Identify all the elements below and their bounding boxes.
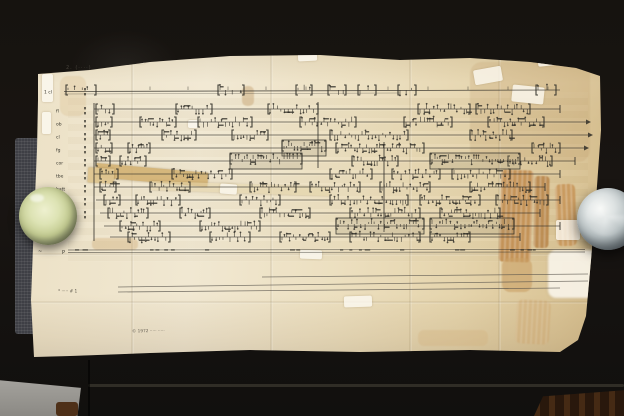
- note-head: [485, 139, 487, 141]
- band-dash: [455, 249, 459, 250]
- note-head: [320, 123, 322, 125]
- note-head: [555, 151, 557, 153]
- note-beam: [380, 144, 386, 146]
- note-beam: [424, 183, 429, 185]
- note-head: [472, 175, 474, 177]
- note-head: [297, 149, 299, 151]
- note-beam: [365, 131, 369, 133]
- band-dash: [521, 249, 524, 250]
- note-head: [435, 204, 437, 206]
- note-head: [514, 124, 516, 126]
- music-notation: P~1 clflobclfgcortbebattpfvl: [0, 0, 624, 416]
- note-head: [106, 131, 108, 133]
- note-beam: [101, 157, 107, 159]
- note-head: [129, 241, 131, 243]
- note-head: [461, 233, 463, 235]
- note-head: [456, 233, 458, 235]
- note-beam: [330, 86, 336, 88]
- note-head: [225, 94, 227, 96]
- band-dash: [150, 249, 154, 250]
- note-head: [275, 207, 277, 209]
- note-head: [366, 203, 368, 205]
- note-head: [359, 143, 361, 145]
- note-head: [503, 182, 505, 184]
- note-head: [288, 189, 290, 191]
- note-head: [74, 85, 76, 87]
- note-beam: [135, 216, 138, 218]
- note-beam: [269, 209, 276, 211]
- note-head: [546, 84, 548, 86]
- note-beam: [388, 240, 393, 242]
- note-head: [273, 209, 275, 211]
- note-head: [552, 144, 554, 146]
- note-head: [86, 86, 88, 88]
- note-head: [393, 192, 395, 194]
- note-beam: [440, 155, 447, 157]
- note-head: [399, 138, 401, 140]
- note-head: [479, 226, 481, 228]
- note-head: [368, 152, 370, 154]
- note-beam: [222, 118, 228, 120]
- note-head: [343, 221, 345, 223]
- note-head: [461, 156, 463, 158]
- note-head: [237, 228, 239, 230]
- note-head: [473, 221, 475, 223]
- note-beam: [502, 227, 505, 229]
- note-head: [437, 104, 439, 106]
- note-head: [141, 242, 143, 244]
- note-head: [452, 161, 454, 163]
- note-beam: [296, 209, 303, 211]
- note-head: [543, 142, 545, 144]
- note-beam: [538, 144, 544, 146]
- note-head: [300, 113, 302, 115]
- note-head: [240, 137, 242, 139]
- note-beam: [455, 209, 461, 211]
- note-head: [337, 194, 339, 196]
- note-head: [217, 126, 219, 128]
- note-head: [434, 154, 436, 156]
- note-head: [350, 145, 352, 147]
- note-head: [141, 118, 143, 120]
- note-head: [250, 163, 252, 165]
- clef-mark: [84, 190, 86, 192]
- note-head: [433, 116, 435, 118]
- note-head: [116, 217, 118, 219]
- note-head: [423, 113, 425, 115]
- note-head: [377, 215, 379, 217]
- note-beam: [151, 203, 157, 205]
- note-head: [392, 143, 394, 145]
- note-head: [422, 176, 424, 178]
- note-beam: [113, 183, 119, 185]
- note-head: [533, 124, 535, 126]
- note-beam: [540, 125, 544, 127]
- note-head: [176, 131, 178, 133]
- instrument-label: ob: [56, 122, 62, 128]
- note-head: [504, 194, 506, 196]
- note-head: [396, 139, 398, 141]
- note-head: [486, 156, 488, 158]
- note-beam: [131, 222, 136, 224]
- instrument-label: cor: [56, 161, 63, 167]
- note-head: [431, 239, 433, 241]
- note-head: [371, 164, 373, 166]
- note-head: [423, 195, 425, 197]
- footnote-annotation: * ····· # 1: [58, 289, 77, 294]
- note-head: [456, 207, 458, 209]
- note-head: [344, 136, 346, 138]
- note-beam: [391, 220, 394, 222]
- note-head: [202, 113, 204, 115]
- note-beam: [288, 112, 294, 114]
- note-head: [207, 177, 209, 179]
- note-head: [214, 117, 216, 119]
- note-head: [101, 105, 103, 107]
- note-head: [231, 227, 233, 229]
- note-head: [104, 124, 106, 126]
- band-dash: [359, 249, 362, 250]
- band-dash: [83, 249, 88, 250]
- note-head: [408, 215, 410, 217]
- note-head: [453, 104, 455, 106]
- note-head: [490, 112, 492, 114]
- note-head: [391, 155, 393, 157]
- note-head: [458, 155, 460, 157]
- note-head: [125, 227, 127, 229]
- note-head: [492, 227, 494, 229]
- note-head: [419, 182, 421, 184]
- note-head: [113, 181, 115, 183]
- note-beam: [336, 177, 340, 179]
- note-head: [473, 154, 475, 156]
- note-head: [357, 156, 359, 158]
- note-head: [371, 138, 373, 140]
- note-head: [349, 169, 351, 171]
- ruled-line: [262, 274, 588, 277]
- note-head: [399, 190, 401, 192]
- note-head: [177, 111, 179, 113]
- note-head: [211, 239, 213, 241]
- note-head: [413, 188, 415, 190]
- note-beam: [478, 105, 482, 107]
- note-head: [294, 149, 296, 151]
- note-head: [327, 238, 329, 240]
- note-head: [492, 131, 494, 133]
- note-head: [433, 106, 435, 108]
- note-head: [435, 227, 437, 229]
- note-head: [498, 183, 500, 185]
- note-head: [257, 189, 259, 191]
- note-head: [108, 112, 110, 114]
- note-head: [105, 181, 107, 183]
- band-dash: [75, 249, 79, 250]
- note-head: [534, 201, 536, 203]
- note-head: [353, 203, 355, 205]
- note-beam: [306, 216, 309, 218]
- note-head: [222, 230, 224, 232]
- note-head: [145, 119, 147, 121]
- note-head: [436, 170, 438, 172]
- note-head: [415, 218, 417, 220]
- note-head: [421, 197, 423, 199]
- note-head: [545, 152, 547, 154]
- note-head: [169, 181, 171, 183]
- note-head: [203, 209, 205, 211]
- note-head: [511, 113, 513, 115]
- note-head: [156, 126, 158, 128]
- note-head: [379, 155, 381, 157]
- note-head: [403, 131, 405, 133]
- note-head: [522, 195, 524, 197]
- note-head: [507, 124, 509, 126]
- note-head: [347, 196, 349, 198]
- note-head: [359, 208, 361, 210]
- note-head: [146, 144, 148, 146]
- note-head: [191, 209, 193, 211]
- note-head: [342, 170, 344, 172]
- note-head: [415, 169, 417, 171]
- note-head: [150, 204, 152, 206]
- stave-line: [68, 252, 585, 253]
- note-head: [201, 171, 203, 173]
- note-head: [156, 222, 158, 224]
- note-head: [455, 203, 457, 205]
- note-head: [509, 181, 511, 183]
- note-beam: [385, 227, 390, 229]
- note-head: [403, 227, 405, 229]
- note-head: [296, 153, 298, 155]
- note-head: [504, 125, 506, 127]
- note-head: [153, 221, 155, 223]
- note-head: [329, 191, 331, 193]
- note-head: [121, 163, 123, 165]
- note-head: [149, 230, 151, 232]
- note-head: [148, 232, 150, 234]
- note-head: [303, 112, 305, 114]
- clef-mark: [84, 138, 86, 140]
- note-beam: [467, 112, 472, 114]
- band-dash: [340, 249, 343, 250]
- note-head: [489, 161, 491, 163]
- note-head: [344, 203, 346, 205]
- note-head: [409, 169, 411, 171]
- note-head: [130, 207, 132, 209]
- instrument-label: 1 cl: [44, 90, 52, 96]
- note-beam: [247, 222, 251, 224]
- note-beam: [449, 216, 453, 218]
- note-beam: [406, 125, 410, 127]
- glass-highlight: [30, 194, 44, 202]
- note-beam: [413, 177, 418, 179]
- note-head: [262, 181, 264, 183]
- note-head: [173, 183, 175, 185]
- note-head: [292, 153, 294, 155]
- note-head: [523, 111, 525, 113]
- note-beam: [483, 131, 486, 133]
- note-head: [356, 151, 358, 153]
- note-head: [449, 202, 451, 204]
- note-beam: [354, 227, 357, 229]
- note-head: [398, 142, 400, 144]
- note-head: [441, 194, 443, 196]
- note-head: [362, 168, 364, 170]
- note-head: [353, 228, 355, 230]
- note-head: [367, 207, 369, 209]
- note-head: [137, 202, 139, 204]
- note-head: [508, 228, 510, 230]
- note-head: [489, 169, 491, 171]
- note-head: [181, 182, 183, 184]
- note-beam: [198, 216, 205, 218]
- note-head: [547, 165, 549, 167]
- note-head: [301, 117, 303, 119]
- note-head: [272, 103, 274, 105]
- note-head: [284, 184, 286, 186]
- note-head: [463, 113, 465, 115]
- clef-mark: [84, 125, 86, 127]
- note-head: [221, 178, 223, 180]
- note-head: [345, 150, 347, 152]
- note-head: [389, 132, 391, 134]
- note-head: [366, 175, 368, 177]
- note-head: [373, 232, 375, 234]
- note-head: [492, 181, 494, 183]
- clef-mark: [84, 151, 86, 153]
- note-head: [363, 164, 365, 166]
- note-head: [198, 113, 200, 115]
- note-head: [337, 225, 339, 227]
- note-head: [441, 123, 443, 125]
- note-head: [260, 205, 262, 207]
- note-head: [286, 153, 288, 155]
- note-head: [281, 190, 283, 192]
- note-beam: [287, 233, 291, 235]
- band-dash: [164, 249, 168, 250]
- note-head: [439, 203, 441, 205]
- note-head: [336, 139, 338, 141]
- note-head: [175, 176, 177, 178]
- note-head: [256, 197, 258, 199]
- note-head: [237, 138, 239, 140]
- note-head: [254, 191, 256, 193]
- note-head: [526, 113, 528, 115]
- note-beam: [120, 216, 123, 218]
- title-annotation: 2. (····): [66, 65, 92, 71]
- clef-mark: [84, 112, 86, 114]
- note-head: [390, 150, 392, 152]
- note-head: [465, 209, 467, 211]
- note-head: [275, 204, 277, 206]
- note-head: [486, 227, 488, 229]
- note-head: [387, 149, 389, 151]
- note-head: [161, 232, 163, 234]
- note-beam: [339, 170, 345, 172]
- note-head: [244, 240, 246, 242]
- note-beam: [117, 216, 120, 218]
- note-head: [409, 183, 411, 185]
- note-head: [443, 110, 445, 112]
- note-head: [219, 84, 221, 86]
- note-head: [464, 227, 466, 229]
- band-dash: [527, 249, 532, 250]
- ruled-line: [118, 281, 588, 287]
- note-beam: [518, 118, 525, 120]
- note-head: [215, 239, 217, 241]
- note-head: [321, 190, 323, 192]
- note-head: [162, 119, 164, 121]
- note-beam: [110, 203, 116, 205]
- note-head: [516, 104, 518, 106]
- cluster-bracket: [414, 85, 416, 95]
- band-dash: [460, 249, 465, 250]
- note-head: [412, 178, 414, 180]
- note-head: [531, 163, 533, 165]
- note-head: [359, 231, 361, 233]
- note-head: [201, 229, 203, 231]
- note-head: [341, 126, 343, 128]
- note-head: [378, 139, 380, 141]
- cluster-bracket: [94, 85, 96, 95]
- note-head: [263, 156, 265, 158]
- note-head: [205, 229, 207, 231]
- note-head: [180, 105, 182, 107]
- clef-mark: [84, 185, 86, 187]
- note-head: [405, 126, 407, 128]
- note-head: [537, 85, 539, 87]
- note-head: [349, 204, 351, 206]
- note-head: [504, 175, 506, 177]
- note-beam: [303, 240, 306, 242]
- note-head: [314, 140, 316, 142]
- band-dash: [155, 249, 159, 250]
- note-head: [246, 125, 248, 127]
- note-head: [364, 228, 366, 230]
- note-beam: [376, 209, 381, 211]
- note-head: [311, 141, 313, 143]
- clef-mark: [84, 198, 86, 200]
- note-head: [468, 155, 470, 157]
- instrument-label: fg: [56, 148, 61, 154]
- note-head: [453, 241, 455, 243]
- note-beam: [102, 190, 106, 192]
- note-head: [185, 215, 187, 217]
- note-head: [187, 208, 189, 210]
- clef-mark: [84, 159, 86, 161]
- note-head: [456, 111, 458, 113]
- note-head: [429, 176, 431, 178]
- note-head: [392, 203, 394, 205]
- note-head: [268, 191, 270, 193]
- note-head: [459, 202, 461, 204]
- note-head: [493, 112, 495, 114]
- note-beam: [379, 203, 383, 205]
- note-head: [416, 190, 418, 192]
- note-head: [497, 195, 499, 197]
- note-head: [406, 153, 408, 155]
- clef-mark: [84, 120, 86, 122]
- note-head: [445, 219, 447, 221]
- note-beam: [325, 190, 329, 192]
- note-head: [214, 177, 216, 179]
- band-dash: [290, 249, 295, 250]
- note-beam: [218, 125, 223, 127]
- note-head: [170, 130, 172, 132]
- note-beam: [164, 131, 169, 133]
- note-beam: [446, 196, 449, 198]
- note-head: [418, 169, 420, 171]
- note-head: [152, 124, 154, 126]
